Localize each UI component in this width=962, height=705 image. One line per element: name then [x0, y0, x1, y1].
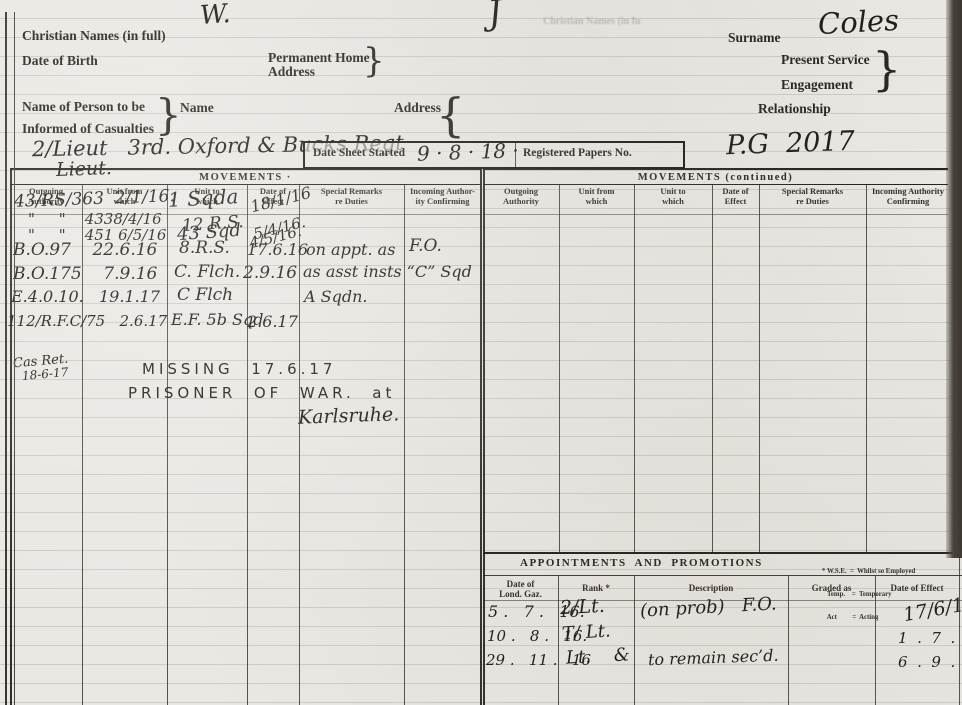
left-table-right-border: [480, 168, 482, 705]
mov-row5-date: 2.9.16: [243, 265, 297, 282]
movements-continued-title: MOVEMENTS (continued): [638, 172, 793, 183]
appt-header-description: Description: [636, 583, 786, 593]
karlsruhe-note: Karlsruhe.: [298, 405, 400, 428]
address-brace: {: [436, 92, 465, 138]
appt-header-gazette: Date ofLond. Gaz.: [485, 579, 556, 599]
registered-papers-value: P.G 2017: [726, 128, 856, 159]
right-header-outgoing: OutgoingAuthority: [485, 187, 557, 206]
date-sheet-started-label: Date Sheet Started: [313, 147, 405, 159]
middle-initial-value: J: [486, 0, 503, 31]
permanent-home-brace: }: [363, 44, 385, 78]
right-header-remarks: Special Remarksre Duties: [761, 187, 864, 206]
appointments-left-border: [483, 552, 485, 705]
right-header-unit-to: Unit towhich: [636, 187, 710, 206]
mov-row1-unit-to: 1 Sqda: [168, 186, 239, 210]
left-header-remarks: Special Remarksre Duties: [301, 187, 402, 206]
right-header-unit-from: Unit fromwhich: [561, 187, 632, 206]
wse-legend-line-3: Act = Acting: [822, 614, 915, 622]
mov-row4-date: 17.6.16: [247, 242, 308, 258]
person-informed-brace: }: [155, 94, 182, 136]
appt-row1-description: (on prob) F.O.: [640, 595, 777, 620]
right-header-bottom-rule: [483, 214, 948, 215]
movements-continued-title-band: MOVEMENTS (continued): [483, 168, 948, 185]
left-col-divider-2: [167, 184, 168, 705]
appt-col-divider-3: [788, 575, 789, 705]
mov-row7-authority: 112/R.F.C/75 2.6.17: [7, 314, 167, 329]
mov-row4-confirming: F.O.: [409, 238, 442, 255]
appt-header-rank: Rank *: [560, 583, 632, 593]
right-col-divider-3: [712, 184, 713, 552]
mov-row4-unit-to: 8.R.S.: [179, 240, 230, 257]
missing-note: MISSING 17.6.17: [142, 362, 336, 377]
date-of-birth-label: Date of Birth: [22, 53, 98, 69]
christian-names-value: W.: [199, 1, 231, 29]
left-col-divider-4: [299, 184, 300, 705]
christian-names-label: Christian Names (in full): [22, 28, 166, 44]
date-sheet-box: Date Sheet Started 9 · 8 · 18 · Register…: [303, 141, 685, 169]
movements-title: MOVEMENTS ·: [199, 172, 292, 183]
mov-row6-remarks: A Sqdn.: [304, 289, 367, 305]
prisoner-of-war-note: PRISONER OF WAR. at: [128, 386, 395, 401]
right-header-incoming: Incoming AuthorityConfirming: [868, 187, 948, 206]
appt-header-date-of-effect: Date of Effect: [877, 583, 957, 593]
date-sheet-started-value: 9 · 8 · 18 ·: [417, 140, 519, 164]
appt-col-divider-2: [634, 575, 635, 705]
mov-row5-remarks: as asst insts “C” Sqd: [303, 264, 472, 280]
appt-row3-description: to remain sec’d.: [648, 648, 779, 669]
appt-row2-rank: T/ Lt.: [561, 622, 611, 643]
mov-row6-authority: E.4.0.10. 19.1.17: [11, 289, 160, 305]
right-col-divider-4: [759, 184, 760, 552]
surname-label: Surname: [728, 30, 781, 46]
mov-row4-remarks: on appt. as: [306, 242, 395, 258]
appt-row2-effect: 1 . 7 . 16: [898, 631, 962, 646]
wse-legend-line-1: * W.S.E. = Whilst so Employed: [822, 568, 915, 576]
person-informed-label-1: Name of Person to be: [22, 99, 145, 115]
appt-header-graded-as: Graded as: [790, 583, 873, 593]
right-table-left-border: [483, 168, 485, 552]
mov-row5-authority: B.O.175 7.9.16: [13, 266, 157, 283]
appt-row1-rank: 2/Lt.: [560, 597, 606, 618]
mov-row5-unit-to: C. Flch.: [174, 264, 240, 281]
mov-row2-authority: " " 4338/4/16: [28, 212, 162, 227]
name-label: Name: [180, 100, 214, 116]
appt-row3-effect: 6 . 9 . 16: [898, 655, 962, 670]
left-header-incoming: Incoming Author-ity Confirming: [406, 187, 479, 206]
right-binding-edge: [946, 0, 962, 558]
right-col-divider-5: [866, 184, 867, 552]
record-card: Christian Names (in fu Christian Names (…: [0, 0, 962, 705]
mov-row4-authority: B.O.97 22.6.16: [13, 242, 157, 259]
address-label: Address: [394, 100, 441, 116]
appointments-title: APPOINTMENTS AND PROMOTIONS: [520, 557, 763, 569]
mov-row6-unit-to: C Flch: [177, 287, 233, 304]
wse-legend: * W.S.E. = Whilst so Employed Temp. = Te…: [822, 553, 915, 637]
right-col-divider-2: [634, 184, 635, 552]
present-service-label: Present Service: [781, 52, 870, 68]
mov-row1-authority: 43/RS/363 2/1/16.: [14, 188, 175, 211]
registered-papers-label: Registered Papers No.: [523, 147, 632, 159]
right-col-divider-1: [559, 184, 560, 552]
mov-row7-date: 2.6.17: [247, 314, 298, 330]
engagement-label: Engagement: [781, 77, 853, 93]
permanent-home-address-label: Address: [268, 64, 315, 80]
right-header-date: Date ofEffect: [714, 187, 757, 206]
relationship-label: Relationship: [758, 101, 831, 117]
appt-row3-rank: Lt. &: [566, 646, 631, 667]
bleed-through-text: Christian Names (in fu: [543, 16, 641, 27]
mov-row8-authority-date: 18-6-17: [22, 366, 69, 382]
left-binding-edge: [5, 12, 15, 705]
left-col-divider-1: [82, 184, 83, 705]
surname-value: Coles: [817, 6, 899, 39]
present-service-brace: }: [872, 46, 901, 92]
rank-update-value: Lieut.: [56, 159, 112, 180]
